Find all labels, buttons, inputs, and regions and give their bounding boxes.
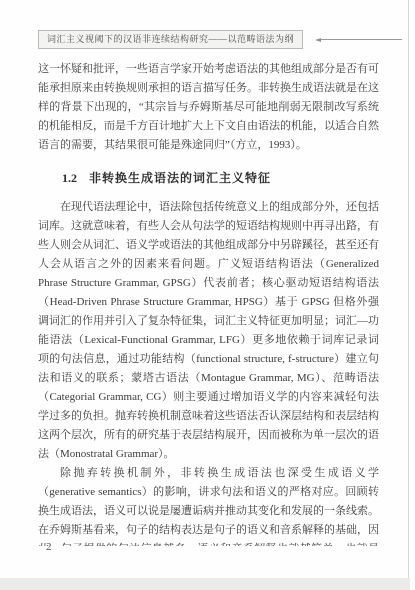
body-paragraph: 除抛弃转换机制外，非转换生成语法也深受生成语义学（generative sema… <box>38 464 379 546</box>
running-header-title: 词汇主义视阈下的汉语非连续结构研究——以范畴语法为纲 <box>38 30 303 49</box>
header-rule <box>315 38 402 42</box>
section-number: 1.2 <box>62 171 77 185</box>
body-paragraph: 这一怀疑和批评，一些语言学家开始考虑语法的其他组成部分是否有可能承担原来由转换规… <box>38 60 379 155</box>
page: 词汇主义视阈下的汉语非连续结构研究——以范畴语法为纲 这一怀疑和批评，一些语言学… <box>0 0 409 578</box>
rule-line <box>321 39 402 40</box>
viewer-background-strip <box>0 578 410 590</box>
body-paragraph: 在现代语法理论中，语法除包括传统意义上的组成部分外，还包括词库。这就意味着，有些… <box>38 198 379 464</box>
section-heading: 1.2非转换生成语法的词汇主义特征 <box>62 169 379 188</box>
body-text: 这一怀疑和批评，一些语言学家开始考虑语法的其他组成部分是否有可能承担原来由转换规… <box>38 60 379 546</box>
book-page-scan: 词汇主义视阈下的汉语非连续结构研究——以范畴语法为纲 这一怀疑和批评，一些语言学… <box>0 0 415 590</box>
page-number: 2 <box>46 541 52 553</box>
section-title: 非转换生成语法的词汇主义特征 <box>89 171 271 185</box>
running-header: 词汇主义视阈下的汉语非连续结构研究——以范畴语法为纲 <box>38 30 402 49</box>
